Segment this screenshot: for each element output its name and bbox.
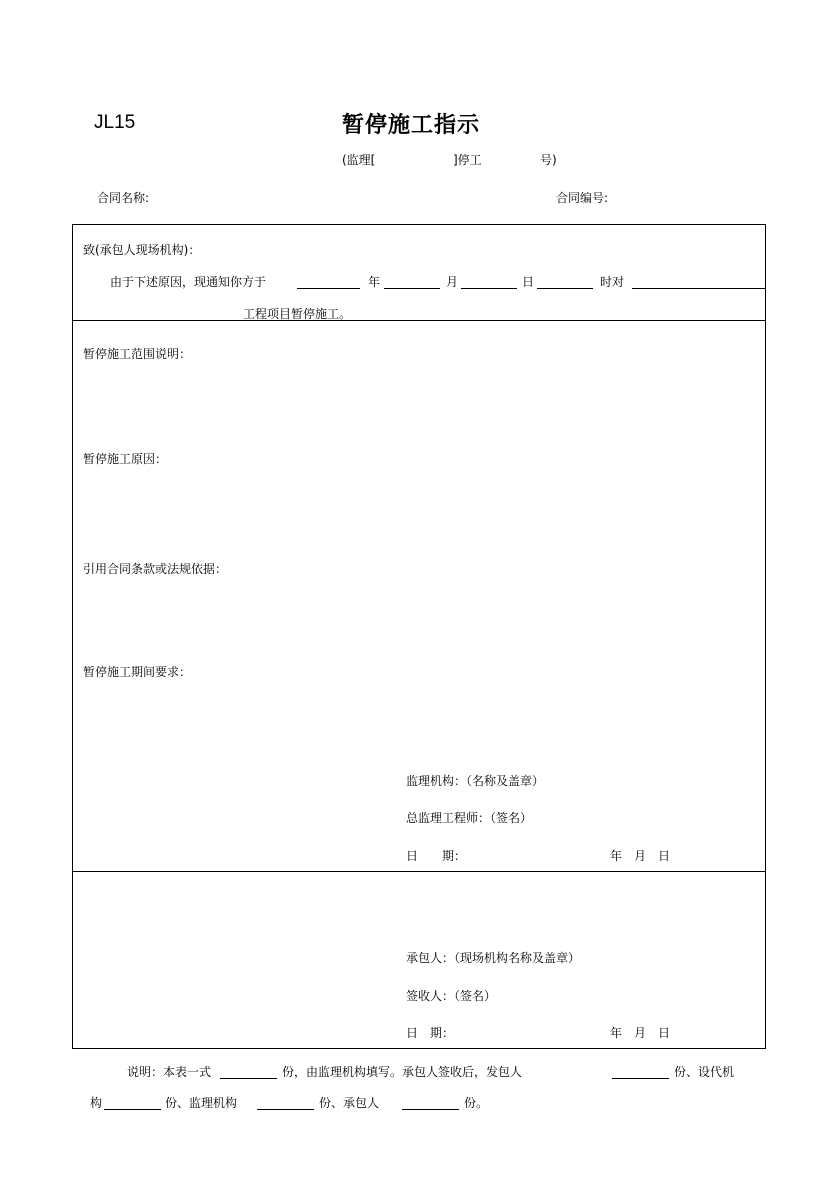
footer-text: 份，由监理机构填写。承包人签收后，发包人 bbox=[282, 1063, 522, 1080]
divider bbox=[72, 871, 766, 872]
footer-text: 说明：本表一式 bbox=[127, 1063, 211, 1080]
footer-text: 构 bbox=[90, 1094, 102, 1111]
month-label: 月 bbox=[446, 273, 458, 290]
subtitle-suffix: 号) bbox=[540, 151, 557, 168]
supervisor-date-label: 日 期： bbox=[406, 847, 466, 864]
project-field-2[interactable] bbox=[72, 306, 238, 321]
form-code: JL15 bbox=[94, 112, 135, 134]
footer-text: 份、监理机构 bbox=[165, 1094, 237, 1111]
footer-text: 份。 bbox=[464, 1094, 488, 1111]
day-label: 日 bbox=[522, 273, 534, 290]
to-label: 致(承包人现场机构)： bbox=[83, 241, 200, 258]
day-field[interactable] bbox=[461, 274, 517, 289]
contract-name-label: 合同名称: bbox=[97, 189, 149, 206]
footer-text: 份、承包人 bbox=[319, 1094, 379, 1111]
chief-engineer: 总监理工程师：（签名） bbox=[406, 809, 532, 826]
hour-field[interactable] bbox=[537, 274, 593, 289]
supervisor-date-ymd: 年 月 日 bbox=[610, 847, 670, 864]
copies-owner-field[interactable] bbox=[612, 1064, 669, 1079]
section-scope-label: 暂停施工范围说明： bbox=[83, 345, 191, 362]
copies-contractor-field[interactable] bbox=[402, 1095, 459, 1110]
notice-line2: 工程项目暂停施工。 bbox=[243, 305, 351, 322]
contractor-date-label: 日 期： bbox=[406, 1024, 454, 1041]
contractor-date-ymd: 年 月 日 bbox=[610, 1024, 670, 1041]
copies-total-field[interactable] bbox=[220, 1064, 277, 1079]
notice-line1: 由于下述原因，现通知你方于 bbox=[110, 273, 266, 290]
copies-supervisor-field[interactable] bbox=[257, 1095, 314, 1110]
year-field[interactable] bbox=[297, 274, 360, 289]
contractor-org: 承包人：（现场机构名称及盖章） bbox=[406, 949, 580, 966]
copies-design-field[interactable] bbox=[104, 1095, 161, 1110]
year-label: 年 bbox=[368, 273, 380, 290]
hour-label: 时对 bbox=[600, 273, 624, 290]
section-basis-label: 引用合同条款或法规依据： bbox=[83, 560, 227, 577]
receiver: 签收人：（签名） bbox=[406, 987, 496, 1004]
subtitle-mid: ]停工 bbox=[453, 151, 482, 168]
page-title: 暂停施工指示 bbox=[342, 108, 480, 139]
supervisor-org: 监理机构：（名称及盖章） bbox=[406, 772, 544, 789]
month-field[interactable] bbox=[384, 274, 440, 289]
section-requirements-label: 暂停施工期间要求： bbox=[83, 663, 191, 680]
footer-text: 份、设代机 bbox=[674, 1063, 734, 1080]
contract-no-label: 合同编号: bbox=[556, 189, 608, 206]
subtitle-prefix: (监理[ bbox=[342, 151, 375, 168]
section-reason-label: 暂停施工原因： bbox=[83, 450, 167, 467]
project-field-1[interactable] bbox=[632, 274, 766, 289]
